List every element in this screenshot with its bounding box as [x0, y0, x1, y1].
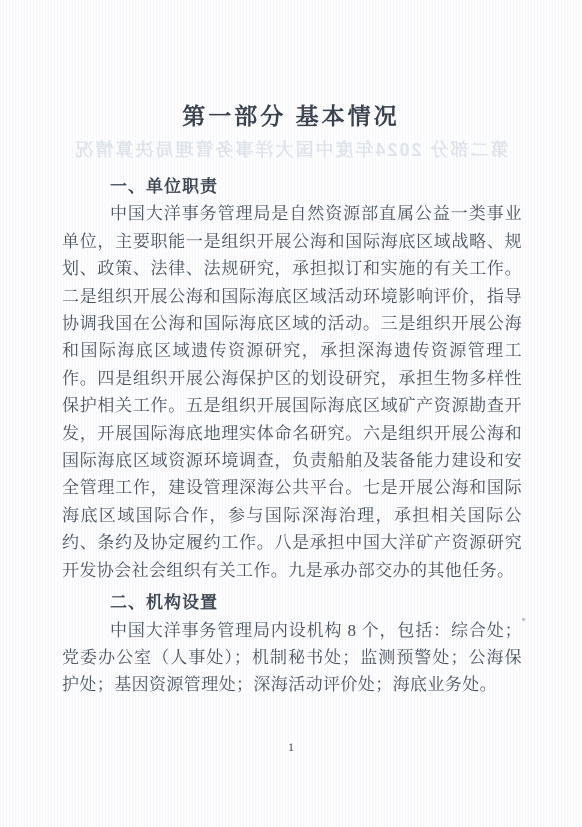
section-heading-organization-setup: 二、机构设置 — [110, 589, 522, 616]
paragraph-organization-setup: 中国大洋事务管理局内设机构 8 个，包括：综合处；党委办公室（人事处）；机制秘书… — [62, 617, 522, 699]
document-part-title: 第一部分 基本情况 — [0, 0, 582, 131]
scanned-document-page: 第一部分 基本情况 第二部分 2024年度中国大洋事务管理局决算情况 一、单位职… — [0, 0, 582, 827]
document-body: 一、单位职责 中国大洋事务管理局是自然资源部直属公益一类事业单位，主要职能一是组… — [62, 173, 522, 699]
reverse-side-bleed-through-text: 第二部分 2024年度中国大洋事务管理局决算情况 — [0, 139, 582, 161]
section-heading-unit-duties: 一、单位职责 — [110, 173, 522, 200]
scan-artifact-speck — [522, 618, 525, 621]
paragraph-unit-duties: 中国大洋事务管理局是自然资源部直属公益一类事业单位，主要职能一是组织开展公海和国… — [62, 200, 522, 584]
page-number: 1 — [0, 740, 582, 754]
